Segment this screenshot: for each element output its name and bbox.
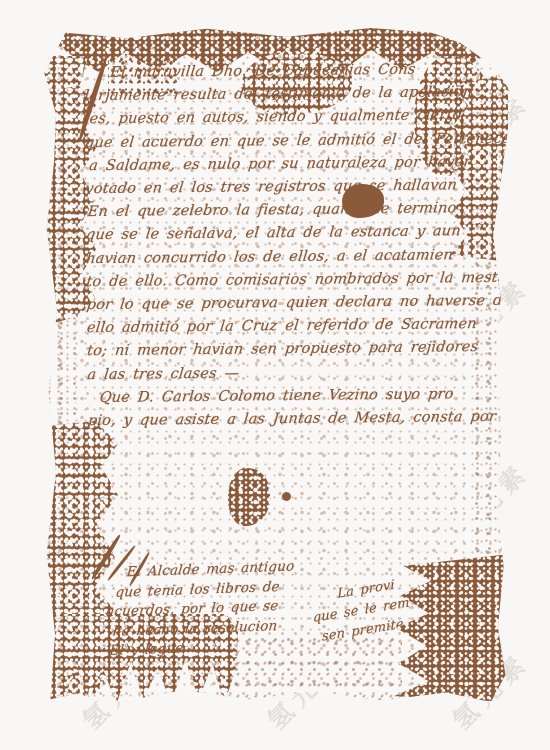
manuscript-paper: El maravilla Dho. De Capucanias Cons lar…	[42, 26, 512, 702]
manuscript-body-text: El maravilla Dho. De Capucanias Cons lar…	[84, 58, 500, 434]
manuscript-line: pio, y que asiste a las Juntas de Mesta,…	[87, 406, 502, 434]
scanned-manuscript-page: 氢元素 氢元素 氢元素 氢元素 氢元素 氢元素 氢元素 氢元素 氢元素 氢元素 …	[0, 0, 550, 750]
ink-dot	[282, 492, 291, 501]
